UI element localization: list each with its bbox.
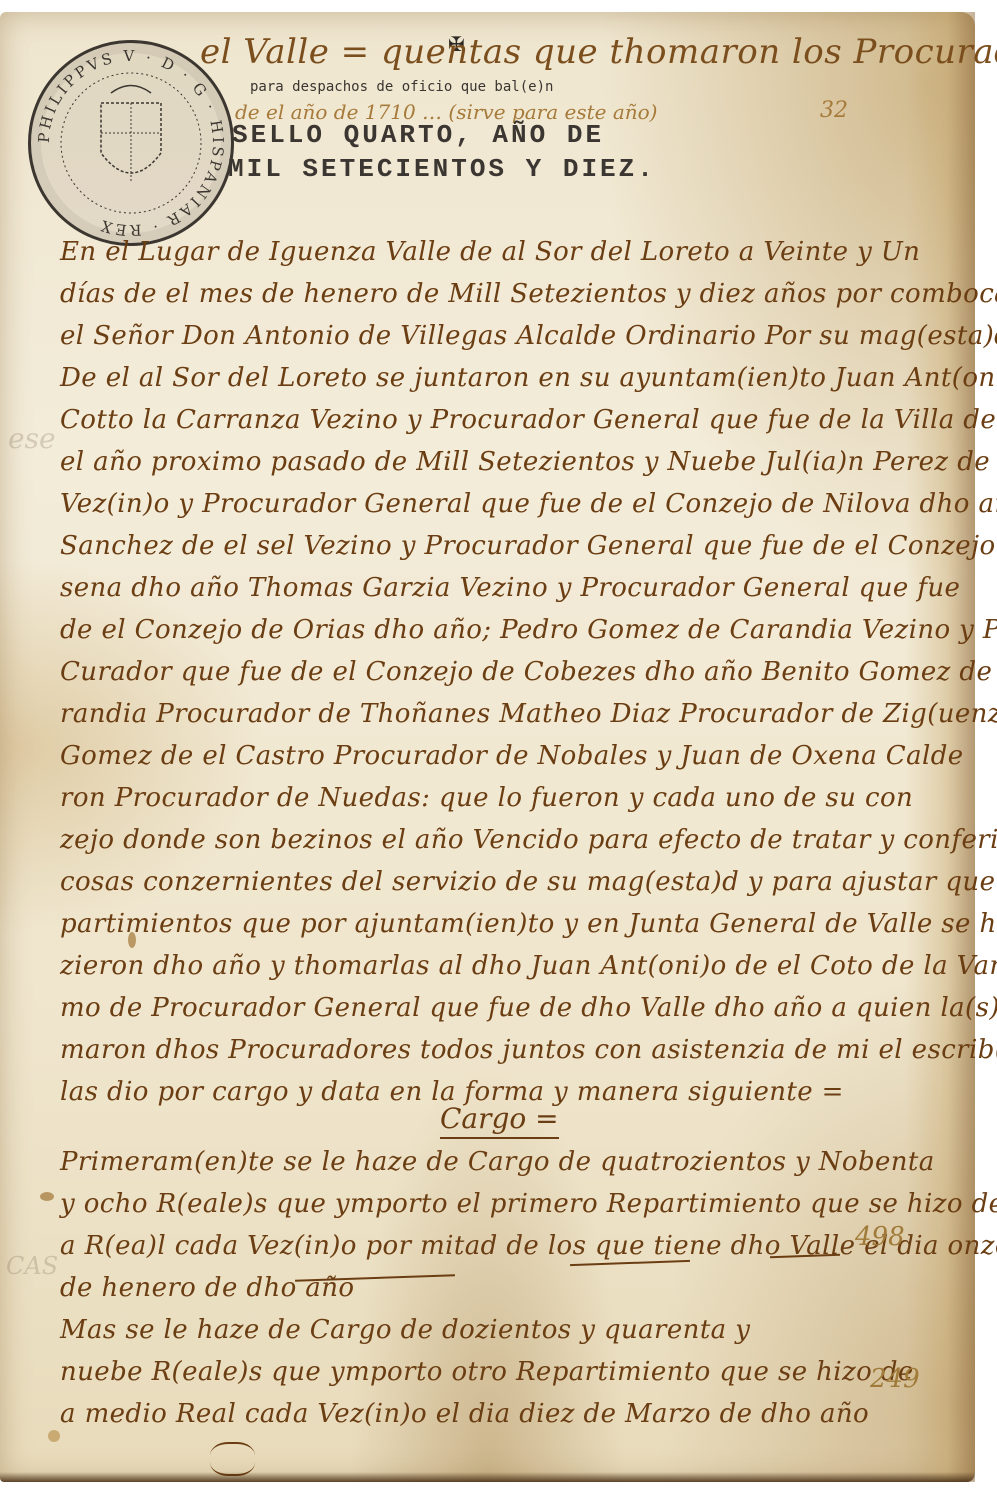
- text-line: Gomez de el Castro Procurador de Nobales…: [60, 741, 964, 771]
- cargo-line: Primeram(en)te se le haze de Cargo de qu…: [60, 1147, 935, 1177]
- stamp-small-print: para despachos de oficio que bal(e)n: [250, 79, 553, 95]
- stamp-line-2: MIL SETECIENTOS Y DIEZ.: [228, 154, 656, 184]
- text-line: De el al Sor del Loreto se juntaron en s…: [60, 363, 997, 393]
- manuscript-page: PHILIPPVS V · D · G · HISPANIAR · REX ✠ …: [0, 12, 975, 1482]
- ink-blot: [48, 1430, 60, 1442]
- text-line: maron dhos Procuradores todos juntos con…: [60, 1035, 997, 1065]
- cargo-line: a medio Real cada Vez(in)o el dia diez d…: [60, 1399, 869, 1429]
- text-line: días de el mes de henero de Mill Setezie…: [60, 279, 997, 309]
- text-line: zieron dho año y thomarlas al dho Juan A…: [60, 951, 997, 981]
- cargo-line: nuebe R(eale)s que ymporto otro Repartim…: [60, 1357, 914, 1387]
- stamp-line-1: SELLO QUARTO, AÑO DE: [232, 120, 604, 150]
- cargo-line: Mas se le haze de Cargo de dozientos y q…: [60, 1315, 750, 1345]
- text-line: zejo donde son bezinos el año Vencido pa…: [60, 825, 997, 855]
- text-line: partimientos que por ajuntam(ien)to y en…: [60, 909, 997, 939]
- text-line: mo de Procurador General que fue de dho …: [60, 993, 997, 1023]
- folio-number: 32: [820, 98, 848, 123]
- cargo-heading: Cargo =: [440, 1102, 559, 1139]
- first-charge-amount: 498: [855, 1222, 905, 1252]
- cargo-line: y ocho R(eale)s que ymporto el primero R…: [60, 1189, 997, 1219]
- text-line: Cotto la Carranza Vezino y Procurador Ge…: [60, 405, 997, 435]
- closing-flourish-icon: [210, 1442, 255, 1476]
- text-line: el Señor Don Antonio de Villegas Alcalde…: [60, 321, 997, 351]
- text-line: el año proximo pasado de Mill Seteziento…: [60, 447, 997, 477]
- document-header-title: el Valle = quentas que thomaron los Proc…: [200, 32, 997, 72]
- text-line: randia Procurador de Thoñanes Matheo Dia…: [60, 699, 997, 729]
- ink-blot: [128, 932, 136, 948]
- ink-blot: [40, 1192, 54, 1201]
- text-line: En el Lugar de Iguenza Valle de al Sor d…: [60, 237, 920, 267]
- margin-ghost-text: CAS: [6, 1252, 58, 1280]
- text-line: Curador que fue de el Conzejo de Cobezes…: [60, 657, 997, 687]
- text-line: Vez(in)o y Procurador General que fue de…: [60, 489, 997, 519]
- text-line: de el Conzejo de Orias dho año; Pedro Go…: [60, 615, 997, 645]
- text-line: sena dho año Thomas Garzia Vezino y Proc…: [60, 573, 960, 603]
- text-line: Sanchez de el sel Vezino y Procurador Ge…: [60, 531, 997, 561]
- cargo-line: de henero de dho año: [60, 1273, 354, 1303]
- margin-ghost-text: ese: [8, 422, 56, 455]
- text-line: ron Procurador de Nuedas: que lo fueron …: [60, 783, 913, 813]
- text-line: cosas conzernientes del servizio de su m…: [60, 867, 997, 897]
- second-charge-amount: 249: [870, 1364, 920, 1394]
- seal-legend-ring: PHILIPPVS V · D · G · HISPANIAR · REX: [31, 43, 231, 243]
